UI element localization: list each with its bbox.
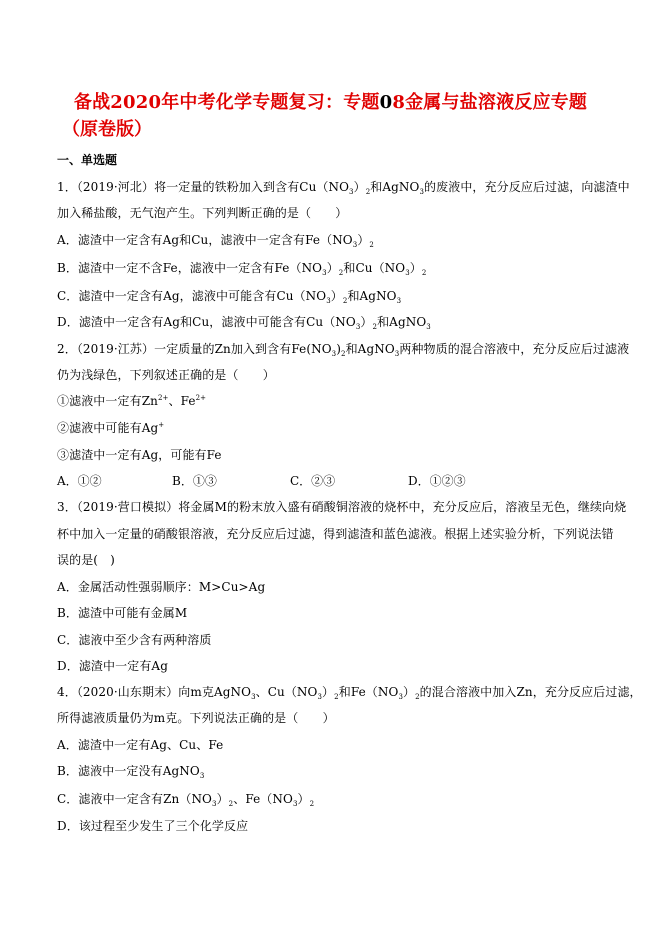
- question-1-stem-line-2: 加入稀盐酸，无气泡产生。下列判断正确的是（ ）: [57, 205, 347, 221]
- document-page: 备战2020年中考化学专题复习：专题08金属与盐溶液反应专题 （原卷版） 一、单…: [0, 0, 661, 935]
- question-3-option-a[interactable]: A．金属活动性强弱顺序：M>Cu>Ag: [57, 579, 265, 595]
- title-number-eight: 8: [392, 92, 405, 113]
- question-2-stem-line-2: 仍为浅绿色，下列叙述正确的是（ ）: [57, 367, 275, 383]
- question-1-option-b[interactable]: B．滤渣中一定不含Fe，滤液中一定含有Fe（NO3）2和Cu（NO3）2: [57, 260, 426, 276]
- question-2-stem-line-1: 2．（2019·江苏）一定质量的Zn加入到含有Fe(NO3)2和AgNO3两种物…: [57, 341, 629, 357]
- question-1-option-c[interactable]: C．滤渣中一定含有Ag，滤液中可能含有Cu（NO3）2和AgNO3: [57, 288, 401, 304]
- question-4-option-b[interactable]: B．滤液中一定没有AgNO3: [57, 763, 204, 779]
- document-subtitle: （原卷版）: [62, 118, 152, 142]
- title-text-part2: 金属与盐溶液反应专题: [405, 92, 587, 113]
- document-title: 备战2020年中考化学专题复习：专题08金属与盐溶液反应专题: [0, 91, 661, 115]
- question-2-option-d[interactable]: D．①②③: [408, 473, 466, 489]
- question-3-option-c[interactable]: C．滤液中至少含有两种溶质: [57, 632, 211, 648]
- question-1-stem-line-1: 1．（2019·河北）将一定量的铁粉加入到含有Cu（NO3）2和AgNO3的废液…: [57, 179, 630, 195]
- question-2-statement-2: ②滤液中可能有Ag+: [57, 420, 164, 436]
- question-1-option-a[interactable]: A．滤渣中一定含有Ag和Cu，滤液中一定含有Fe（NO3）2: [57, 232, 374, 248]
- question-4-option-a[interactable]: A．滤渣中一定有Ag、Cu、Fe: [57, 737, 223, 753]
- question-3-stem-line-2: 杯中加入一定量的硝酸银溶液，充分反应后过滤，得到滤渣和蓝色滤液。根据上述实验分析…: [57, 526, 614, 542]
- question-2-option-a[interactable]: A．①②: [57, 473, 102, 489]
- question-2-option-b[interactable]: B．①③: [172, 473, 217, 489]
- question-2-statement-3: ③滤渣中一定有Ag，可能有Fe: [57, 447, 222, 463]
- question-2-options-row: A．①② B．①③ C．②③ D．①②③: [57, 473, 617, 489]
- section-heading: 一、单选题: [57, 152, 117, 168]
- question-4-option-d[interactable]: D．该过程至少发生了三个化学反应: [57, 818, 248, 834]
- question-3-stem-line-1: 3．（2019·营口模拟）将金属M的粉末放入盛有硝酸铜溶液的烧杯中，充分反应后，…: [57, 499, 626, 515]
- question-4-option-c[interactable]: C．滤液中一定含有Zn（NO3）2、Fe（NO3）2: [57, 791, 314, 807]
- question-2-statement-1: ①滤液中一定有Zn2+、Fe2+: [57, 393, 206, 409]
- question-3-stem-line-3: 误的是( ): [57, 552, 115, 568]
- question-4-stem-line-1: 4．（2020·山东期末）向m克AgNO3、Cu（NO3）2和Fe（NO3）2的…: [57, 684, 642, 700]
- title-number-zero: 0: [380, 92, 393, 113]
- title-text-part1: 备战2020年中考化学专题复习：专题: [74, 92, 380, 113]
- question-1-option-d[interactable]: D．滤渣中一定含有Ag和Cu，滤液中可能含有Cu（NO3）2和AgNO3: [57, 314, 431, 330]
- question-3-option-b[interactable]: B．滤渣中可能有金属M: [57, 605, 187, 621]
- question-3-option-d[interactable]: D．滤渣中一定有Ag: [57, 658, 168, 674]
- question-4-stem-line-2: 所得滤液质量仍为m克。下列说法正确的是（ ）: [57, 710, 335, 726]
- question-2-option-c[interactable]: C．②③: [290, 473, 335, 489]
